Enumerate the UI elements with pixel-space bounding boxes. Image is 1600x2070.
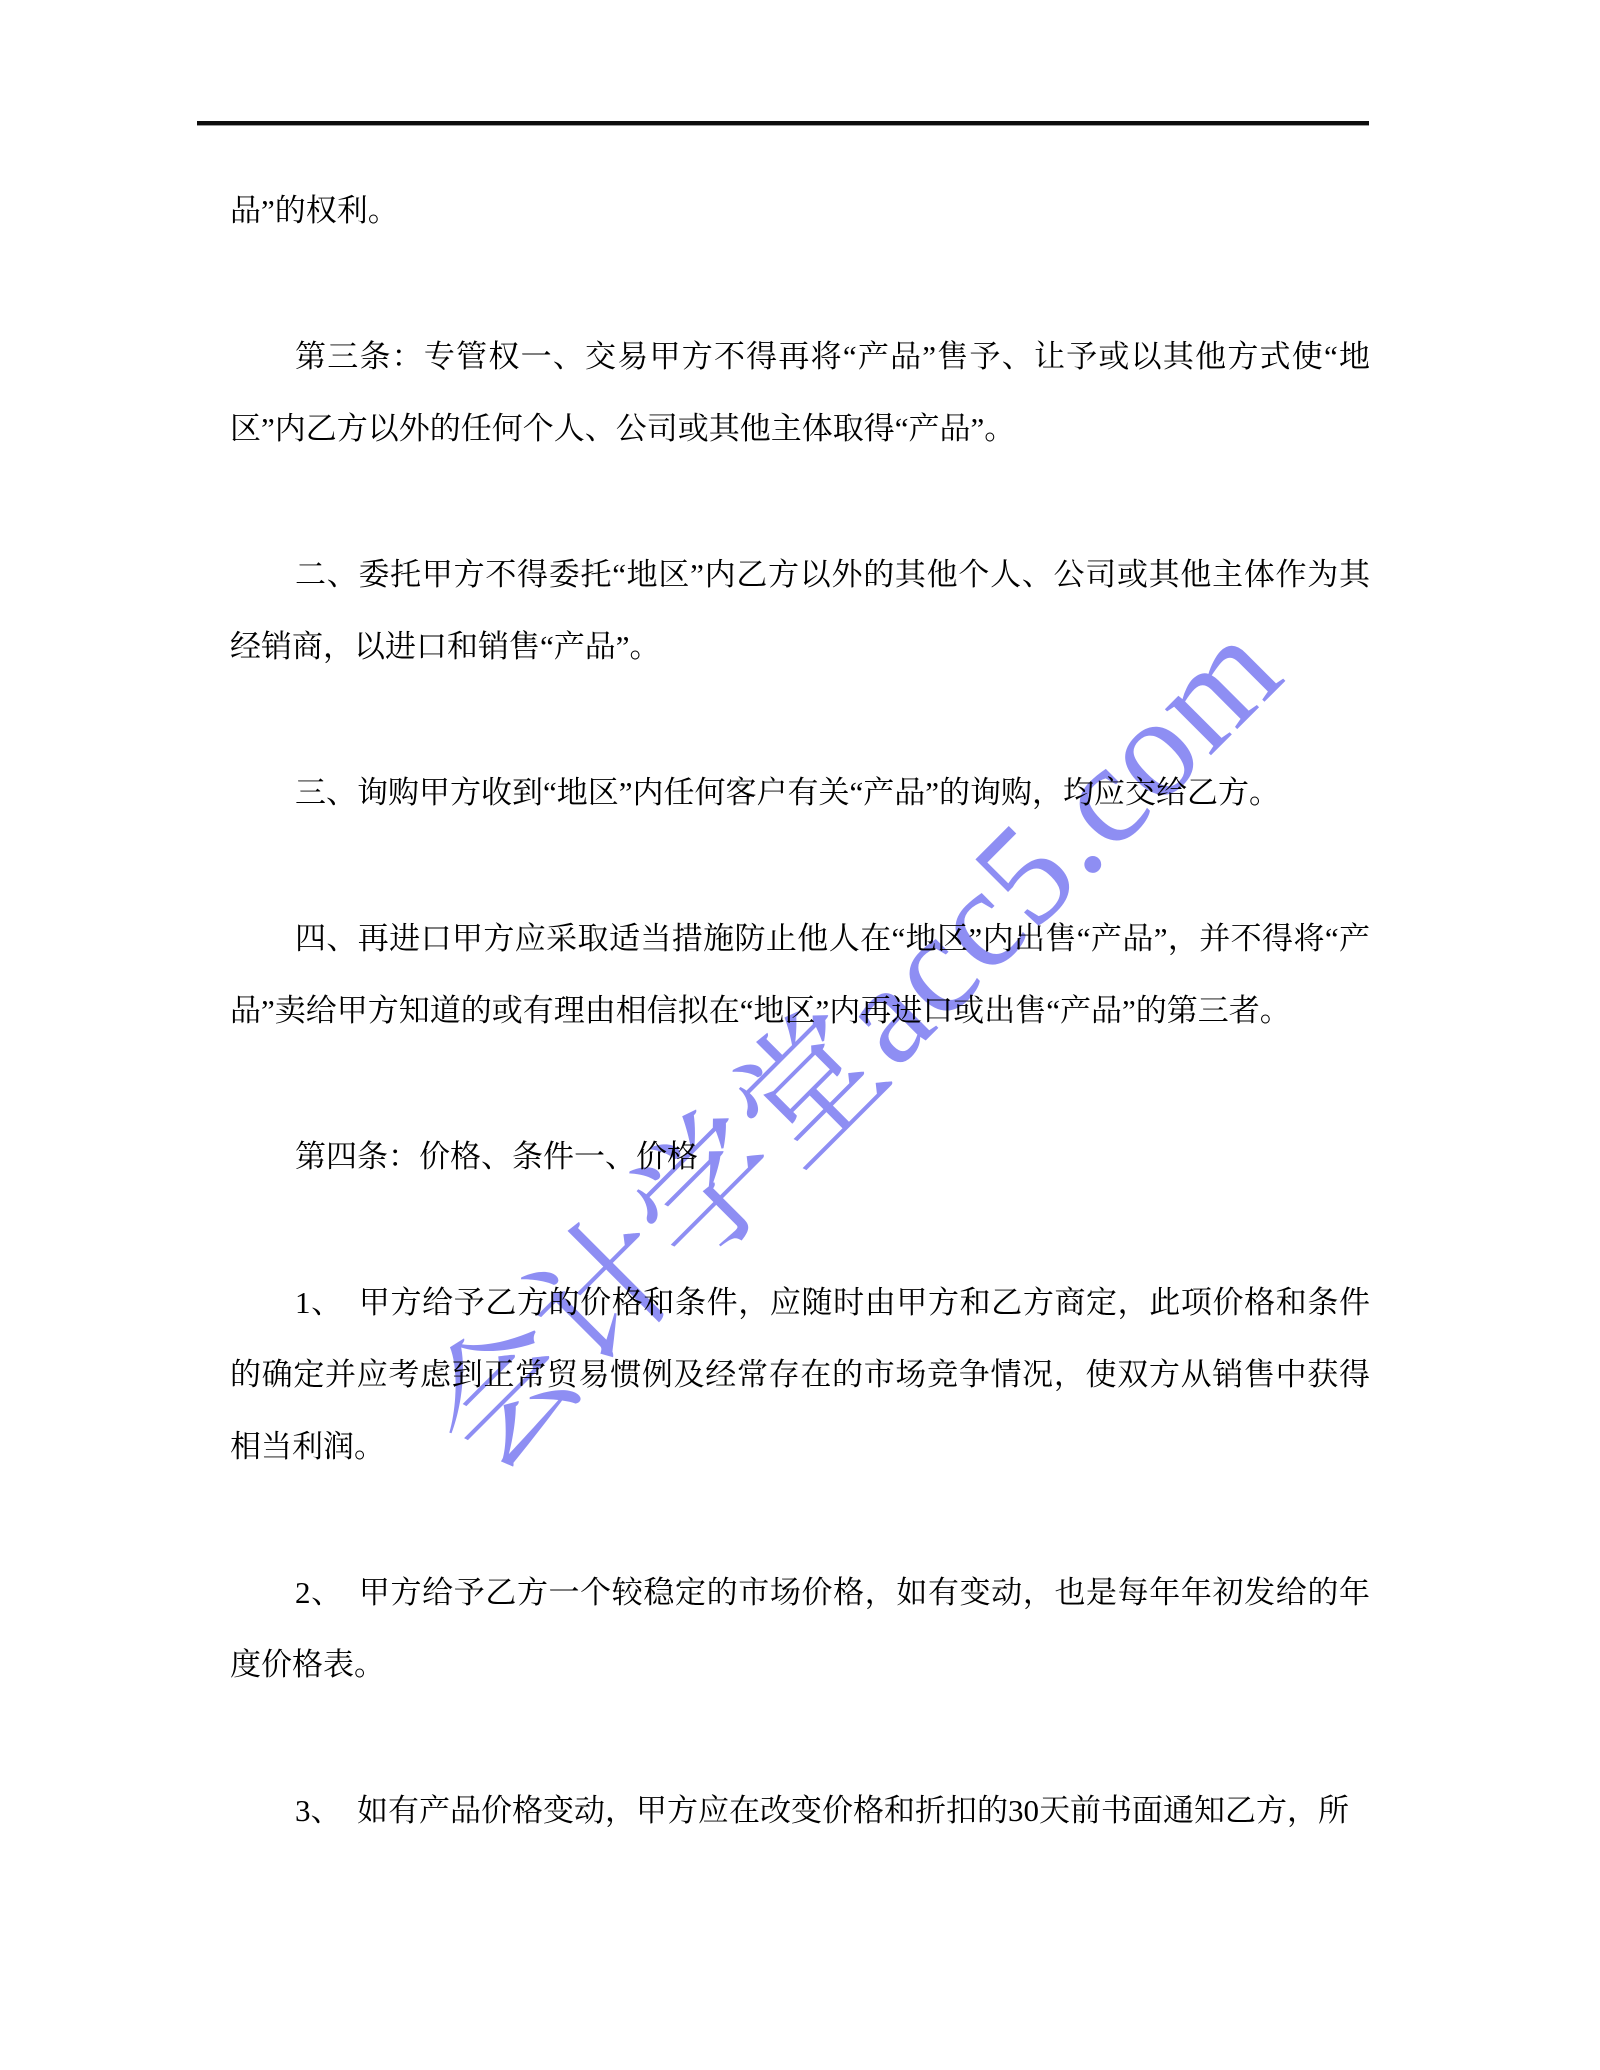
paragraph: 二、委托甲方不得委托“地区”内乙方以外的其他个人、公司或其他主体作为其经销商，以…: [230, 539, 1370, 683]
paragraph: 三、询购甲方收到“地区”内任何客户有关“产品”的询购，均应交给乙方。: [230, 757, 1370, 829]
paragraph: 第四条：价格、条件一、价格: [230, 1121, 1370, 1193]
paragraph: 四、再进口甲方应采取适当措施防止他人在“地区”内出售“产品”，并不得将“产品”卖…: [230, 903, 1370, 1047]
header-divider-line: [197, 121, 1369, 126]
paragraph: 品”的权利。: [230, 175, 1370, 247]
contract-body: 品”的权利。 第三条：专管权一、交易甲方不得再将“产品”售予、让予或以其他方式使…: [230, 175, 1370, 1921]
paragraph: 2、 甲方给予乙方一个较稳定的市场价格，如有变动，也是每年年初发给的年度价格表。: [230, 1557, 1370, 1701]
paragraph: 第三条：专管权一、交易甲方不得再将“产品”售予、让予或以其他方式使“地区”内乙方…: [230, 321, 1370, 465]
document-page: 会计学堂acc5.com 品”的权利。 第三条：专管权一、交易甲方不得再将“产品…: [0, 0, 1600, 2070]
paragraph: 3、 如有产品价格变动，甲方应在改变价格和折扣的30天前书面通知乙方，所: [230, 1775, 1370, 1847]
paragraph: 1、 甲方给予乙方的价格和条件，应随时由甲方和乙方商定，此项价格和条件的确定并应…: [230, 1267, 1370, 1483]
